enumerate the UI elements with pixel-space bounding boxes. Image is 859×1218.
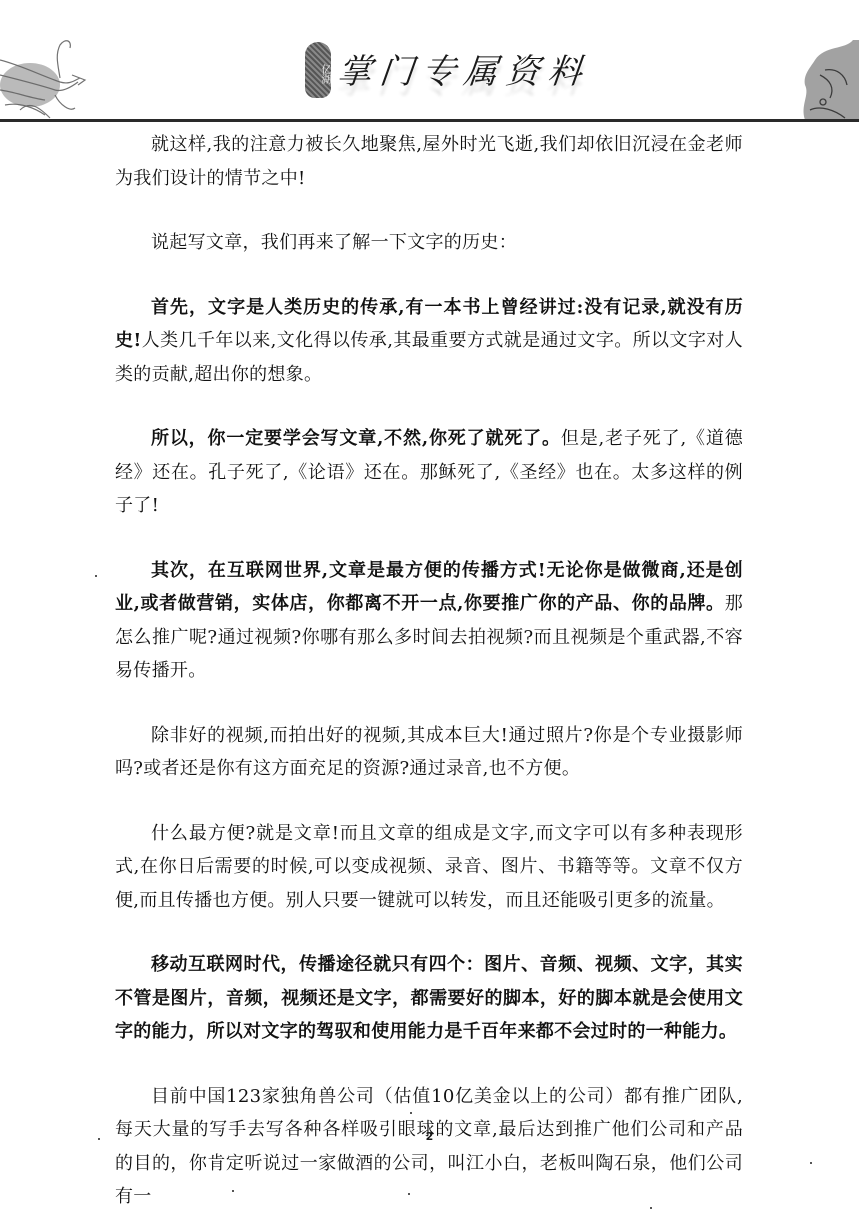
paragraph: 首先，文字是人类历史的传承,有一本书上曾经讲过:没有记录,就没有历史!人类几千年… — [115, 291, 743, 392]
page-number: 2 — [0, 1130, 859, 1143]
seal-stamp: 亿湖 — [305, 42, 331, 98]
paragraph-continuation: 人类几千年以来,文化得以传承,其最重要方式就是通过文字。所以文字对人类的贡献,超… — [115, 330, 743, 385]
scan-speck — [650, 1207, 652, 1209]
bold-lead: 其次，在互联网世界,文章是最方便的传播方式!无论你是做微商,还是创业,或者做营销… — [115, 560, 743, 615]
dragon-illustration-icon — [775, 40, 859, 120]
scan-speck — [95, 575, 97, 577]
scan-speck — [98, 1138, 100, 1140]
paragraph: 所以，你一定要学会写文章,不然,你死了就死了。但是,老子死了,《道德经》还在。孔… — [115, 422, 743, 523]
bold-lead: 所以，你一定要学会写文章,不然,你死了就死了。 — [151, 428, 561, 449]
banner-title: 掌门专属资料 — [335, 44, 592, 93]
paragraph: 移动互联网时代，传播途径就只有四个：图片、音频、视频、文字，其实不管是图片，音频… — [115, 948, 743, 1049]
scan-speck — [408, 1193, 410, 1195]
page-header: 亿湖 掌门专属资料 — [0, 0, 859, 124]
scan-speck — [232, 1190, 234, 1192]
phoenix-illustration-icon — [0, 30, 110, 120]
document-body: 就这样,我的注意力被长久地聚焦,屋外时光飞逝,我们却依旧沉浸在金老师为我们设计的… — [115, 128, 743, 1214]
scan-speck — [810, 1162, 812, 1164]
header-divider — [0, 119, 859, 122]
paragraph: 什么最方便?就是文章!而且文章的组成是文字,而文字可以有多种表现形式,在你日后需… — [115, 817, 743, 918]
paragraph: 其次，在互联网世界,文章是最方便的传播方式!无论你是做微商,还是创业,或者做营销… — [115, 554, 743, 688]
paragraph: 就这样,我的注意力被长久地聚焦,屋外时光飞逝,我们却依旧沉浸在金老师为我们设计的… — [115, 128, 743, 195]
paragraph: 目前中国123家独角兽公司（估值10亿美金以上的公司）都有推广团队,每天大量的写… — [115, 1080, 743, 1214]
paragraph: 除非好的视频,而拍出好的视频,其成本巨大!通过照片?你是个专业摄影师吗?或者还是… — [115, 719, 743, 786]
paragraph: 说起写文章，我们再来了解一下文字的历史： — [115, 226, 743, 260]
scan-speck — [410, 1112, 412, 1114]
